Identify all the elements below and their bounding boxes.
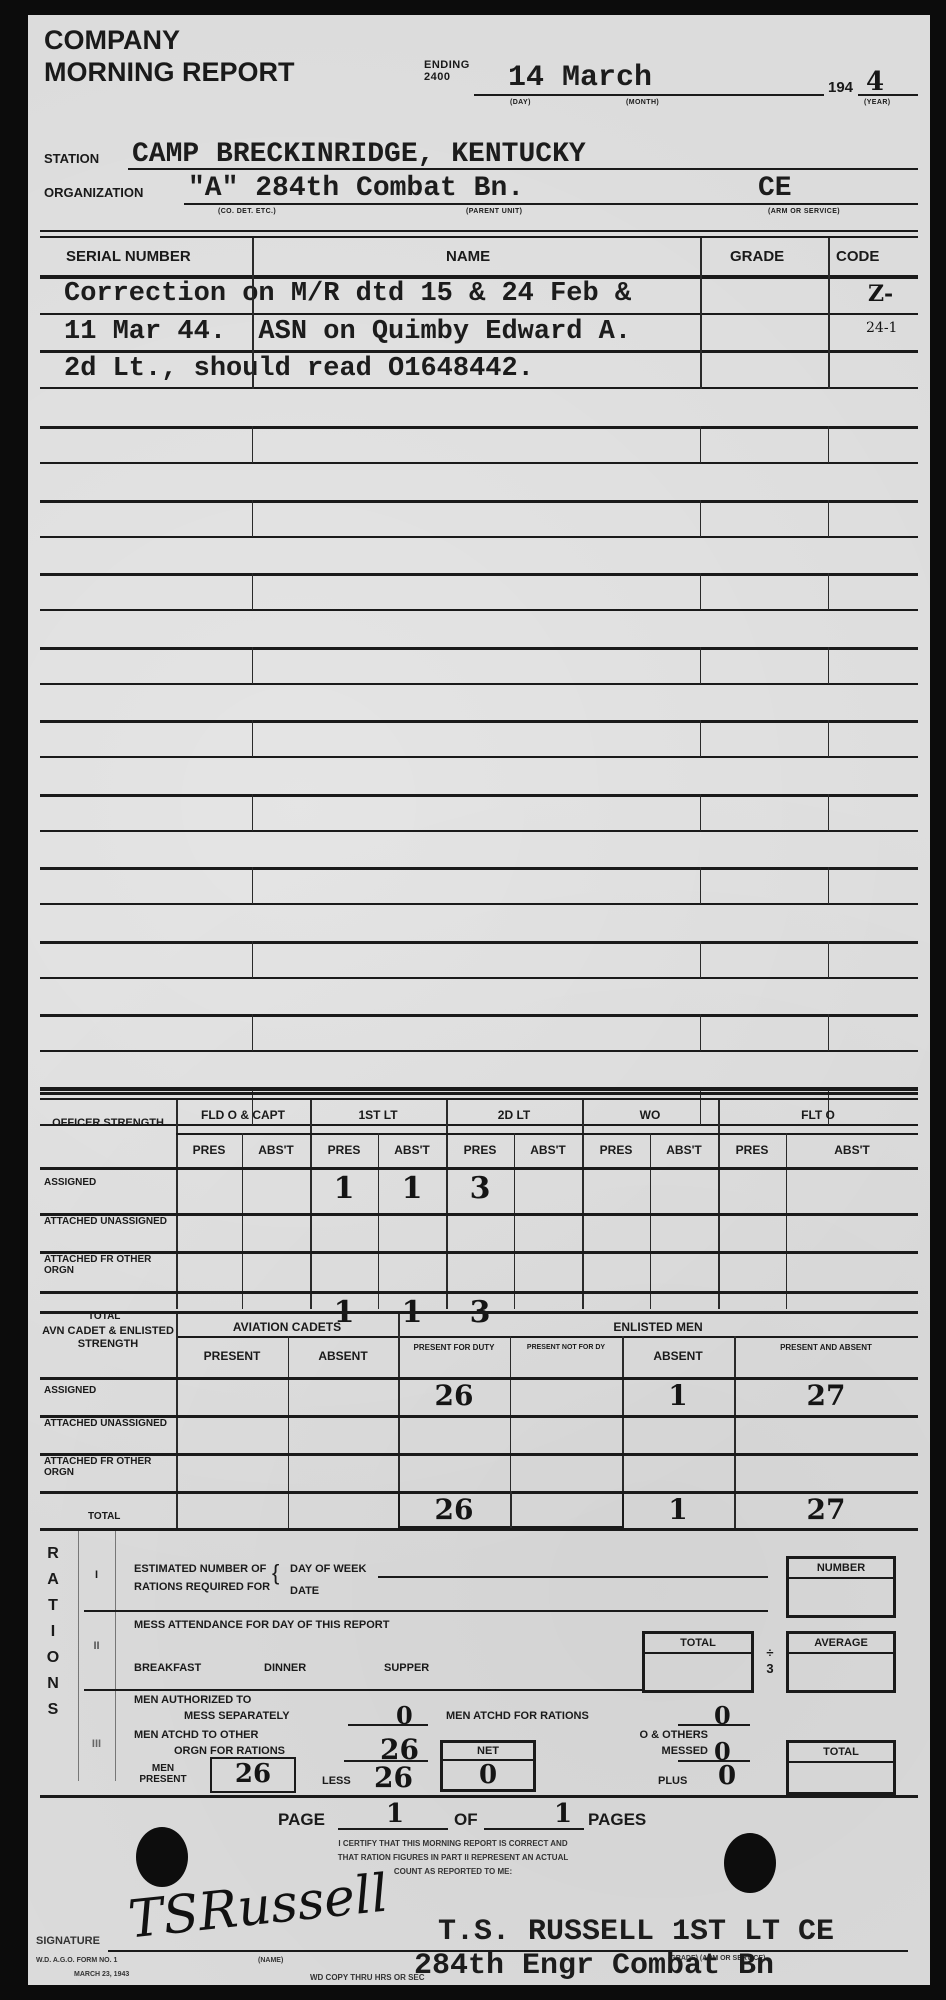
officer-cell: 1 (310, 1171, 378, 1207)
ruled-line-thick (40, 720, 918, 723)
men-auth-line1: MEN AUTHORIZED TO (134, 1694, 251, 1706)
part-iii-label: III (78, 1738, 115, 1750)
roster-top-rule-1 (40, 230, 918, 232)
typed-name: T.S. RUSSELL 1ST LT CE (438, 1915, 834, 1949)
ruled-col-divider (700, 500, 701, 537)
net-box[interactable]: NET 0 (440, 1740, 536, 1792)
ruled-col-divider (828, 720, 829, 757)
officer-subheader: ABS'T (242, 1143, 310, 1157)
ruled-col-divider (828, 573, 829, 610)
plus-value: 0 (718, 1761, 736, 1791)
col-name: NAME (446, 248, 490, 265)
col-code: CODE (836, 248, 879, 265)
ruled-line-thick (40, 647, 918, 650)
enlisted-subheader: PRESENT NOT FOR DY (510, 1342, 622, 1353)
ending-label: ENDING 2400 (424, 59, 470, 83)
roster-line-3: 2d Lt., should read O1648442. (64, 354, 534, 384)
officer-group-header: FLT O (718, 1108, 918, 1122)
co-caption: (CO. DET. ETC.) (218, 208, 276, 215)
rations-letter: I (42, 1619, 64, 1645)
enlisted-col-divider (288, 1336, 289, 1528)
enlisted-row-label: ASSIGNED (44, 1385, 174, 1396)
date-underline (474, 94, 824, 96)
ruled-col-divider (700, 426, 701, 463)
enlisted-row-label: ATTACHED FR OTHER ORGN (44, 1456, 174, 1478)
officer-subheader: ABS'T (514, 1143, 582, 1157)
year-caption: (YEAR) (864, 99, 891, 106)
ending-label-2: 2400 (424, 71, 470, 83)
officer-group-divider (718, 1100, 720, 1309)
page-label: PAGE (278, 1810, 325, 1830)
officer-subheader: PRES (582, 1143, 650, 1157)
enlisted-subheader: ABSENT (288, 1348, 398, 1364)
officer-sub-divider (786, 1133, 787, 1309)
ruled-line-thick (40, 573, 918, 576)
roster-top-rule-2 (40, 236, 918, 238)
form-number: W.D. A.G.O. FORM NO. 1 (36, 1957, 117, 1964)
total2-box[interactable]: TOTAL (786, 1740, 896, 1795)
ruled-line-thin (40, 462, 918, 464)
officer-strength-title: OFFICER STRENGTH (40, 1117, 176, 1130)
col-grade: GRADE (730, 248, 784, 265)
date-label: DATE (290, 1585, 319, 1597)
col-divider (252, 238, 254, 389)
pages-underline (484, 1828, 584, 1830)
part-ii-label: II (78, 1640, 115, 1652)
officer-sub-divider (242, 1133, 243, 1309)
officer-group-divider (582, 1100, 584, 1309)
average-box[interactable]: AVERAGE (786, 1631, 896, 1693)
total-box[interactable]: TOTAL (642, 1631, 754, 1693)
part-i-rule (84, 1610, 768, 1612)
ruled-col-divider (700, 647, 701, 684)
ruled-col-divider (700, 794, 701, 831)
officer-subheader: ABS'T (786, 1143, 918, 1157)
officer-subheader: PRES (310, 1143, 378, 1157)
men-atchd-rations-label: MEN ATCHD FOR RATIONS (446, 1710, 589, 1722)
form-title-line2: MORNING REPORT (44, 57, 295, 87)
signature-label: SIGNATURE (36, 1935, 100, 1947)
station-label: STATION (44, 151, 99, 166)
estimated-line1: ESTIMATED NUMBER OF (134, 1563, 266, 1575)
average-label: AVERAGE (789, 1634, 893, 1654)
pages-label: PAGES (588, 1810, 646, 1830)
officer-row-rule (40, 1291, 918, 1294)
part-ii-rule (84, 1689, 644, 1691)
officer-header-rule (40, 1167, 918, 1170)
net-value: 0 (443, 1761, 533, 1789)
supper-label: SUPPER (384, 1662, 429, 1674)
ruled-line-thin (40, 536, 918, 538)
ruled-line-thin (40, 609, 918, 611)
rations-letter: A (42, 1567, 64, 1593)
less-value: 26 (374, 1761, 413, 1794)
plus-label: PLUS (658, 1775, 687, 1787)
station-underline (128, 168, 918, 170)
day-of-week-field[interactable] (378, 1576, 768, 1578)
enlisted-strength-title: AVN CADET & ENLISTED STRENGTH (40, 1325, 176, 1351)
men-atchd-other-line1: MEN ATCHD TO OTHER (134, 1729, 258, 1741)
ruled-col-divider (252, 794, 253, 831)
officer-group-rule (176, 1133, 918, 1135)
enlisted-cell: 1 (622, 1379, 734, 1413)
punch-hole-left (136, 1827, 188, 1887)
col-divider (700, 238, 702, 389)
cadets-group-header: AVIATION CADETS (176, 1320, 398, 1334)
ruled-col-divider (828, 426, 829, 463)
date-value: 14 March (508, 61, 652, 95)
code-mark-2: 24-1 (866, 320, 897, 336)
number-label: NUMBER (789, 1559, 893, 1579)
ruled-line-thick (40, 941, 918, 944)
ruled-col-divider (828, 867, 829, 904)
organization-underline (184, 203, 918, 205)
wd-copy-text: WD COPY THRU HRS OR SEC (310, 1973, 425, 1982)
day-of-week-label: DAY OF WEEK (290, 1563, 366, 1575)
officer-cell: 1 (378, 1171, 446, 1207)
ruled-line-thin (40, 977, 918, 979)
arm-caption: (ARM OR SERVICE) (768, 208, 840, 215)
ruled-col-divider (252, 941, 253, 978)
page-value: 1 (386, 1799, 404, 1829)
name-caption: (NAME) (258, 1957, 283, 1964)
enlisted-row-label: TOTAL (44, 1511, 174, 1522)
officer-subheader: ABS'T (378, 1143, 446, 1157)
parent-caption: (PARENT UNIT) (466, 208, 522, 215)
ruled-line-thin (40, 830, 918, 832)
rations-divider (115, 1531, 116, 1781)
enlisted-subheader: PRESENT FOR DUTY (398, 1342, 510, 1354)
brace: { (272, 1560, 279, 1586)
enlisted-total-box-divider (510, 1491, 512, 1528)
breakfast-label: BREAKFAST (134, 1662, 201, 1674)
ruled-line-thick (40, 794, 918, 797)
rations-letter: T (42, 1593, 64, 1619)
men-present-line1: MEN (118, 1763, 208, 1774)
others-underline (678, 1760, 750, 1762)
page-underline (338, 1828, 448, 1830)
roster-bottom-rule (40, 1087, 918, 1090)
officer-subheader: PRES (446, 1143, 514, 1157)
divide-icon: ÷ (756, 1645, 784, 1661)
enlisted-cell: 27 (734, 1493, 918, 1527)
ruled-col-divider (700, 941, 701, 978)
less-label: LESS (322, 1775, 351, 1787)
ruled-col-divider (828, 1014, 829, 1051)
organization-value: "A" 284th Combat Bn. (188, 173, 524, 204)
men-present-box[interactable]: 26 (210, 1757, 296, 1793)
form-date: MARCH 23, 1943 (74, 1971, 129, 1978)
officer-subheader: PRES (718, 1143, 786, 1157)
enlisted-subheader: PRESENT (176, 1348, 288, 1364)
arm-value: CE (758, 173, 792, 204)
officer-row-label: ATTACHED FR OTHER ORGN (44, 1254, 174, 1276)
day-caption: (DAY) (510, 99, 531, 106)
station-value: CAMP BRECKINRIDGE, KENTUCKY (132, 139, 586, 170)
ruled-col-divider (828, 647, 829, 684)
ruled-col-divider (700, 867, 701, 904)
ruled-col-divider (252, 573, 253, 610)
year-value: 4 (866, 67, 884, 97)
roster-line-1: Correction on M/R dtd 15 & 24 Feb & (64, 279, 631, 309)
ruled-line-thick (40, 1014, 918, 1017)
officer-top-rule (40, 1092, 918, 1095)
col-serial-number: SERIAL NUMBER (66, 248, 191, 265)
others-line2: MESSED (598, 1745, 708, 1757)
ruled-col-divider (252, 720, 253, 757)
officer-row-label: ASSIGNED (44, 1177, 174, 1188)
rations-top-rule (40, 1528, 918, 1531)
total2-label: TOTAL (789, 1743, 893, 1763)
others-line1: O & OTHERS (598, 1729, 708, 1741)
officer-sub-divider (378, 1133, 379, 1309)
ruled-col-divider (828, 500, 829, 537)
ruled-col-divider (700, 573, 701, 610)
rations-letter: N (42, 1671, 64, 1697)
rations-side-label: R A T I O N S (42, 1541, 64, 1723)
men-auth-underline (348, 1724, 428, 1726)
rations-letter: O (42, 1645, 64, 1671)
men-atchd-other-line2: ORGN FOR RATIONS (174, 1745, 285, 1757)
form-title-line1: COMPANY (44, 25, 180, 55)
ruled-col-divider (828, 941, 829, 978)
rations-letter: R (42, 1541, 64, 1567)
enlisted-subheader: ABSENT (622, 1348, 734, 1364)
ruled-col-divider (252, 500, 253, 537)
of-label: OF (454, 1810, 478, 1830)
certify-line2: THAT RATION FIGURES IN PART II REPRESENT… (228, 1851, 678, 1865)
officer-sub-divider (514, 1133, 515, 1309)
ruled-line-thick (40, 426, 918, 429)
ruled-col-divider (252, 647, 253, 684)
officer-group-header: 1ST LT (310, 1108, 446, 1122)
officer-group-divider (176, 1100, 178, 1309)
ruled-col-divider (828, 794, 829, 831)
men-present-label: MEN PRESENT (118, 1763, 208, 1785)
ruled-col-divider (700, 1014, 701, 1051)
punch-hole-right (724, 1833, 776, 1893)
ruled-line-thin (40, 1050, 918, 1052)
officer-subheader: PRES (176, 1143, 242, 1157)
enlisted-col-divider (176, 1314, 178, 1528)
certify-line1: I CERTIFY THAT THIS MORNING REPORT IS CO… (228, 1837, 678, 1851)
officer-group-header: 2D LT (446, 1108, 582, 1122)
men-auth-line2: MESS SEPARATELY (184, 1710, 290, 1722)
ruled-line-thin (40, 903, 918, 905)
estimated-line2: RATIONS REQUIRED FOR (134, 1581, 270, 1593)
ruled-col-divider (252, 426, 253, 463)
ruled-line-thin (40, 756, 918, 758)
ending-label-1: ENDING (424, 59, 470, 71)
roster-rule (40, 313, 918, 315)
enlisted-group-header: ENLISTED MEN (398, 1320, 918, 1334)
ruled-col-divider (700, 720, 701, 757)
men-present-value: 26 (212, 1759, 294, 1789)
divisor: 3 (756, 1661, 784, 1677)
rations-bottom-rule (40, 1795, 918, 1798)
officer-top-rule-2 (40, 1098, 918, 1100)
roster-line-2: 11 Mar 44. ASN on Quimby Edward A. (64, 317, 631, 347)
part-i-label: I (78, 1569, 115, 1581)
month-caption: (MONTH) (626, 99, 659, 106)
year-prefix: 194 (828, 79, 853, 96)
enlisted-top-rule (40, 1311, 918, 1314)
ruled-col-divider (252, 867, 253, 904)
enlisted-cell: 1 (622, 1493, 734, 1527)
year-underline (858, 94, 918, 96)
col-divider (828, 238, 830, 389)
enlisted-row-label: ATTACHED UNASSIGNED (44, 1418, 174, 1429)
code-mark-1: Z- (868, 281, 893, 307)
organization-label: ORGANIZATION (44, 185, 143, 200)
roster-rule (40, 387, 918, 389)
roster-rule (40, 350, 918, 353)
men-present-line2: PRESENT (118, 1774, 208, 1785)
enlisted-cell: 27 (734, 1379, 918, 1413)
ruled-line-thick (40, 500, 918, 503)
net-label: NET (443, 1743, 533, 1761)
officer-group-header: WO (582, 1108, 718, 1122)
officer-cell: 3 (446, 1171, 514, 1207)
officer-subheader: ABS'T (650, 1143, 718, 1157)
mess-attendance-label: MESS ATTENDANCE FOR DAY OF THIS REPORT (134, 1619, 389, 1631)
ruled-col-divider (252, 1014, 253, 1051)
ruled-line-thick (40, 867, 918, 870)
number-box[interactable]: NUMBER (786, 1556, 896, 1618)
pages-value: 1 (554, 1799, 572, 1829)
ruled-line-thin (40, 683, 918, 685)
men-atchd-rations-underline (678, 1724, 750, 1726)
officer-row-label: ATTACHED UNASSIGNED (44, 1216, 174, 1227)
officer-sub-divider (650, 1133, 651, 1309)
enlisted-cell: 26 (398, 1379, 510, 1413)
total-label: TOTAL (645, 1634, 751, 1654)
enlisted-subheader: PRESENT AND ABSENT (734, 1342, 918, 1354)
officer-group-header: FLD O & CAPT (176, 1108, 310, 1122)
rations-letter: S (42, 1697, 64, 1723)
dinner-label: DINNER (264, 1662, 306, 1674)
divide-by-three: ÷ 3 (756, 1645, 784, 1677)
morning-report-form: COMPANY MORNING REPORT ENDING 2400 14 Ma… (28, 15, 930, 1985)
typed-unit: 284th Engr Combat Bn (414, 1949, 774, 1983)
